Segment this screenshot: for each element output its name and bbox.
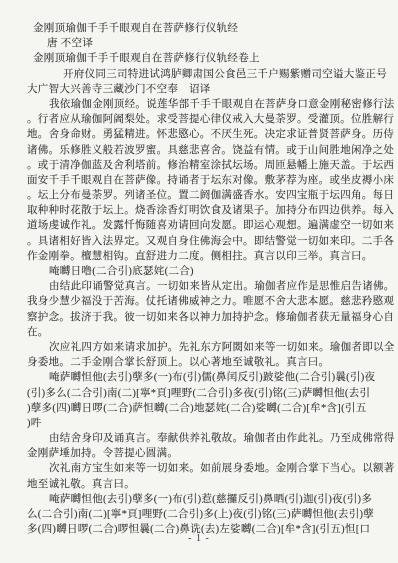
text-line: 。坛上分布曼荼罗。列诸圣位。置二阏伽满盛香水。安四宝瓶于坛四角。每日	[27, 188, 379, 203]
text-line: 唵嚩日噜(二合引)底瑟姹(二合)	[49, 264, 379, 279]
text-line: 大广智大兴善寺三藏沙门不空奉 诏译	[27, 82, 379, 97]
text-line: 唵萨嚩怛他(去引)孽多(一)布(引)儒(鼻闰反引)跛娑他(二合引)曩(引)夜	[49, 370, 379, 385]
text-line: 我身少慧少福没于苦海。仗托诸佛威神之力。唯愿不舍大悲本愿。慈悲矜愍观	[27, 294, 379, 309]
text-line: 面安千手千眼观自在菩萨像。持诵者于坛东对像。敷茅荐为座。或坐皮褥小床	[27, 173, 379, 188]
text-line: 地。舍身命财。勇猛精进。怀悲愍心。不厌生死。决定求证普贤菩萨身。历侍	[27, 127, 379, 142]
page-number: - 1 -	[0, 533, 398, 544]
text-line: )孽多(四)嚩日啰(二合)萨怛嚩(二合)地瑟姹(二合)娑嚩(二合)[牟*含](引…	[27, 401, 379, 416]
text-line: 我依瑜伽金刚顶经。说莲华部千手千眼观自在菩萨身口意金刚秘密修行法	[49, 97, 379, 112]
text-line: 唐 不空译	[47, 36, 379, 51]
text-line: 金刚萨埵加持。令菩提心圆满。	[27, 446, 379, 461]
text-line: 金刚顶瑜伽千手千眼观自在菩萨修行仪轨经	[33, 21, 379, 36]
text-line: 。具诸相好皆入法界定。又观自身住佛海会中。即结警觉一切如来印。二手各	[27, 234, 379, 249]
text-line: 么(二合引)南(二)[寧*頁]哩野(二合引)多(上)夜(引)铭(三)萨嚩怛他(去…	[27, 507, 379, 522]
text-line: 由结舍身印及诵真言。奉献供养礼敬故。瑜伽者由作此礼。乃至成佛常得	[49, 431, 379, 446]
text-line: )吽	[27, 416, 379, 431]
text-line: 取种种时花散于坛上。烧香涂香灯明饮食及诸果子。加持分布四边供养。每入	[27, 203, 379, 218]
text-line: 次应礼四方如来请求加护。先礼东方阿閦如来等一切如来。瑜伽者即以全	[49, 340, 379, 355]
sutra-text-block: 金刚顶瑜伽千手千眼观自在菩萨修行仪轨经唐 不空译金刚顶瑜伽千手千眼观自在菩萨修行…	[27, 21, 379, 537]
text-line: 在。	[27, 325, 379, 340]
text-line: 。行者应从瑜伽阿阇梨处。求受菩提心律仪戒入大曼荼罗。受灌顶。位胜解行	[27, 112, 379, 127]
text-line: 开府仪同三司特进试鸿胪卿肃国公食邑三千户赐紫赠司空谥大鉴正号	[63, 67, 379, 82]
text-line: 身委地。二手金刚合掌长舒顶上。以心著地至诚敬礼。真言曰。	[27, 355, 379, 370]
text-line: 。或于清净伽蓝及舍利塔前。修治精室涂拭坛场。周匝悬幡上施天盖。于坛西	[27, 158, 379, 173]
text-line: 次礼南方宝生如来等一切如来。如前展身委地。金刚合掌下当心。以额著	[49, 461, 379, 476]
text-line: 道场虔诚作礼。发露忏悔随喜劝请回向发愿。即运心观想。遍满虚空一切如来	[27, 218, 379, 233]
text-line: 作金刚拳。檀慧相钩。直舒进力二度。侧相拄。真言以印三举。真言曰。	[27, 249, 379, 264]
document-page: 金刚顶瑜伽千手千眼观自在菩萨修行仪轨经唐 不空译金刚顶瑜伽千手千眼观自在菩萨修行…	[0, 0, 398, 563]
text-line: 察护念。拔济于我。彼一切如来各以神力加持护念。修瑜伽者获无量福身心自	[27, 310, 379, 325]
text-line: 金刚顶瑜伽千手千眼观自在菩萨修行仪轨经卷上	[33, 51, 379, 66]
text-line: 唵萨嚩怛他(去引)孽多(一)布(引)惹(慈攞反引)鼻晒(引)迦(引)夜(引)多	[49, 492, 379, 507]
text-line: 诸佛。乐修胜义般若波罗蜜。具慈悲喜舍。饶益有情。或于山间胜地闲净之处	[27, 143, 379, 158]
text-line: 地至诚礼敬。真言曰。	[27, 477, 379, 492]
text-line: (引)多么(二合引)南(二)[寧*頁]哩野(二合引)多夜(引)铭(三)萨嚩怛他(…	[27, 386, 379, 401]
text-line: 由结此印诵警觉真言。一切如来皆从定出。瑜伽者应作是思惟启告诸佛。	[49, 279, 379, 294]
